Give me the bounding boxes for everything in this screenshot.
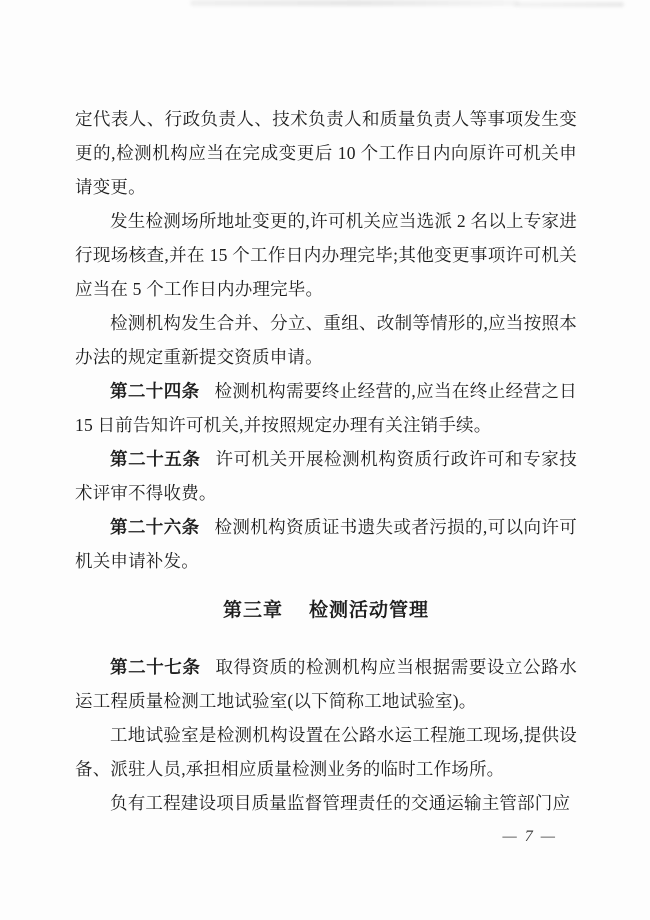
paragraph-continuation: 定代表人、行政负责人、技术负责人和质量负责人等事项发生变更的,检测机构应当在完成… [75, 102, 577, 204]
chapter-number: 第三章 [223, 600, 283, 621]
chapter-heading: 第三章检测活动管理 [75, 594, 577, 628]
paragraph: 工地试验室是检测机构设置在公路水运工程施工现场,提供设备、派驻人员,承担相应质量… [75, 718, 577, 786]
paragraph: 检测机构发生合并、分立、重组、改制等情形的,应当按照本办法的规定重新提交资质申请… [75, 306, 577, 374]
scanned-document-page: 定代表人、行政负责人、技术负责人和质量负责人等事项发生变更的,检测机构应当在完成… [0, 0, 650, 920]
scan-artifact [190, 0, 520, 6]
page-number: — 7 — [75, 820, 577, 854]
paragraph: 发生检测场所地址变更的,许可机关应当选派 2 名以上专家进行现场核查,并在 15… [75, 204, 577, 306]
scan-artifact [514, 2, 624, 7]
article-number: 第二十六条 [110, 517, 214, 537]
article-number: 第二十四条 [110, 381, 214, 401]
chapter-title: 检测活动管理 [309, 600, 429, 621]
paragraph-article-25: 第二十五条许可机关开展检测机构资质行政许可和专家技术评审不得收费。 [75, 442, 577, 510]
article-number: 第二十七条 [110, 657, 215, 677]
article-number: 第二十五条 [110, 449, 215, 469]
paragraph-article-26: 第二十六条检测机构资质证书遗失或者污损的,可以向许可机关申请补发。 [75, 510, 577, 578]
paragraph-article-27: 第二十七条取得资质的检测机构应当根据需要设立公路水运工程质量检测工地试验室(以下… [75, 650, 577, 718]
document-body: 定代表人、行政负责人、技术负责人和质量负责人等事项发生变更的,检测机构应当在完成… [75, 102, 577, 854]
paragraph-article-24: 第二十四条检测机构需要终止经营的,应当在终止经营之日 15 日前告知许可机关,并… [75, 374, 577, 442]
paragraph: 负有工程建设项目质量监督管理责任的交通运输主管部门应 [75, 786, 577, 820]
